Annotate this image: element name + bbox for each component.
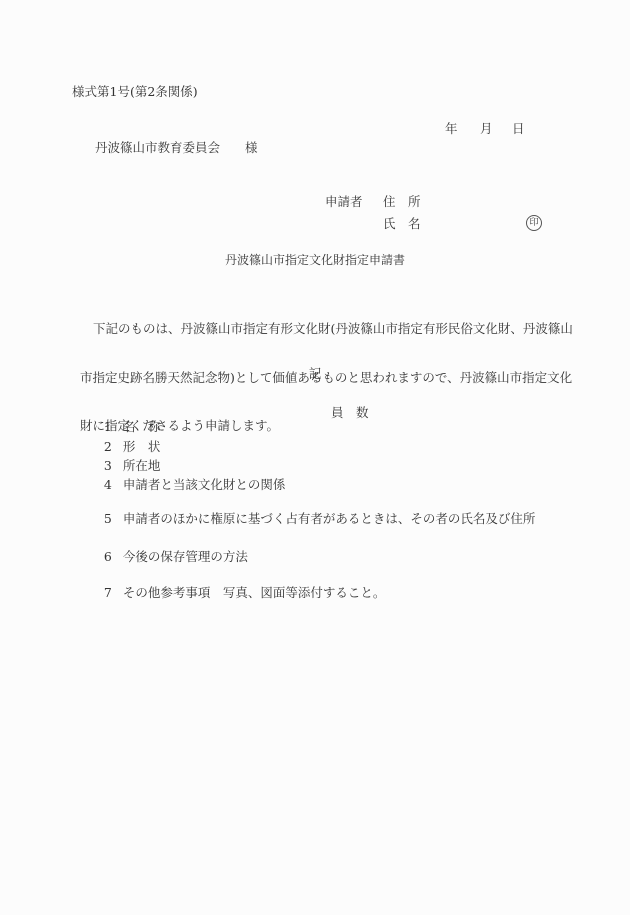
item-label: 申請者と当該文化財との関係 bbox=[123, 477, 286, 492]
applicant-address-label: 住 所 bbox=[383, 195, 421, 209]
addressee-line: 丹波篠山市教育委員会 様 bbox=[95, 141, 258, 155]
item-extra-quantity: 員 数 bbox=[331, 406, 369, 420]
date-month-label: 月 bbox=[480, 122, 493, 136]
seal-stamp-icon: 印 bbox=[526, 215, 542, 231]
document-page: 様式第1号(第2条関係) 年 月 日 丹波篠山市教育委員会 様 申請者 住 所 … bbox=[0, 0, 630, 915]
item-row-7: 7その他参考事項 写真、図面等添付すること。 bbox=[88, 572, 385, 615]
applicant-name-label: 氏 名 bbox=[383, 217, 421, 231]
form-number: 様式第1号(第2条関係) bbox=[72, 85, 198, 99]
item-number: 7 bbox=[104, 586, 123, 600]
item-row-5: 5申請者のほかに権原に基づく占有者があるときは、その者の氏名及び住所 bbox=[88, 498, 535, 541]
record-marker: 記 bbox=[0, 367, 630, 381]
item-number: 5 bbox=[104, 512, 123, 526]
item-number: 4 bbox=[104, 478, 123, 492]
item-label: その他参考事項 写真、図面等添付すること。 bbox=[123, 585, 386, 600]
item-label: 申請者のほかに権原に基づく占有者があるときは、その者の氏名及び住所 bbox=[123, 511, 536, 526]
item-label: 今後の保存管理の方法 bbox=[123, 549, 248, 564]
item-number: 6 bbox=[104, 550, 123, 564]
date-year-label: 年 bbox=[445, 122, 458, 136]
body-paragraph-line-1: 下記のものは、丹波篠山市指定有形文化財(丹波篠山市指定有形民俗文化財、丹波篠山 bbox=[80, 319, 573, 339]
document-title: 丹波篠山市指定文化財指定申請書 bbox=[0, 254, 630, 268]
date-day-label: 日 bbox=[512, 122, 525, 136]
applicant-label: 申請者 bbox=[325, 195, 363, 209]
